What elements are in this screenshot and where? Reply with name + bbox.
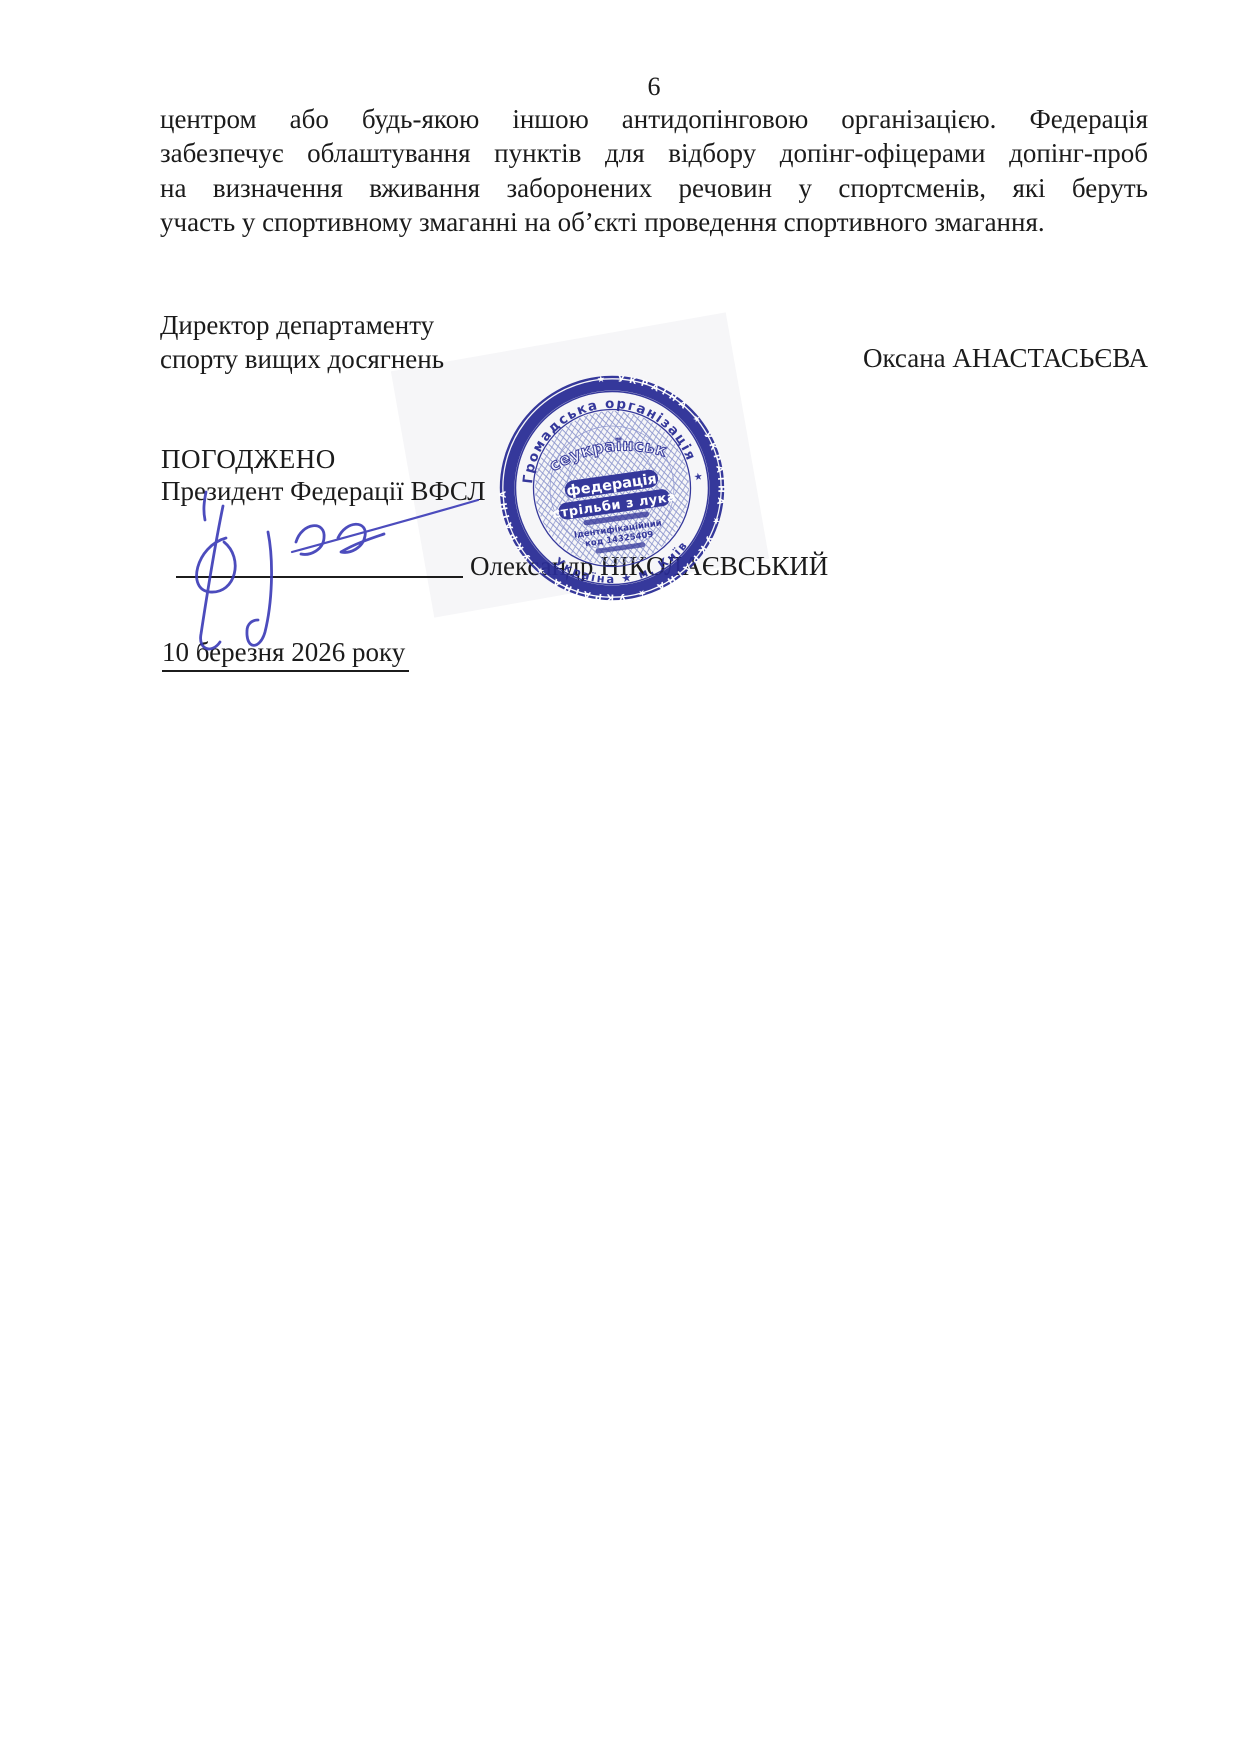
director-title-line1: Директор департаменту (160, 310, 434, 341)
official-stamp: ★ УКРАЇНА ★ УКРАЇНА ★ УКРАЇНА ★ УКРАЇНА … (494, 372, 730, 602)
approval-heading: ПОГОДЖЕНО (161, 444, 336, 475)
body-paragraph: центром або будь-якою іншою антидопінгов… (160, 102, 1148, 240)
paragraph-line: центром або будь-якою іншою антидопінгов… (160, 102, 1148, 136)
document-page: { "document": { "page_number": "6", "par… (0, 0, 1241, 1755)
director-name: Оксана АНАСТАСЬЄВА (160, 343, 1148, 374)
signature-stroke (247, 532, 272, 645)
paragraph-line: на визначення вживання заборонених речов… (160, 171, 1148, 205)
handwritten-signature (168, 478, 498, 678)
paragraph-line: забезпечує облаштування пунктів для відб… (160, 136, 1148, 170)
signature-stroke (201, 506, 223, 649)
signature-stroke (204, 492, 206, 520)
stamp-star: ★ (693, 471, 703, 483)
paragraph-line: участь у спортивному змаганні на об’єкті… (160, 205, 1148, 239)
page-number: 6 (160, 72, 1148, 102)
